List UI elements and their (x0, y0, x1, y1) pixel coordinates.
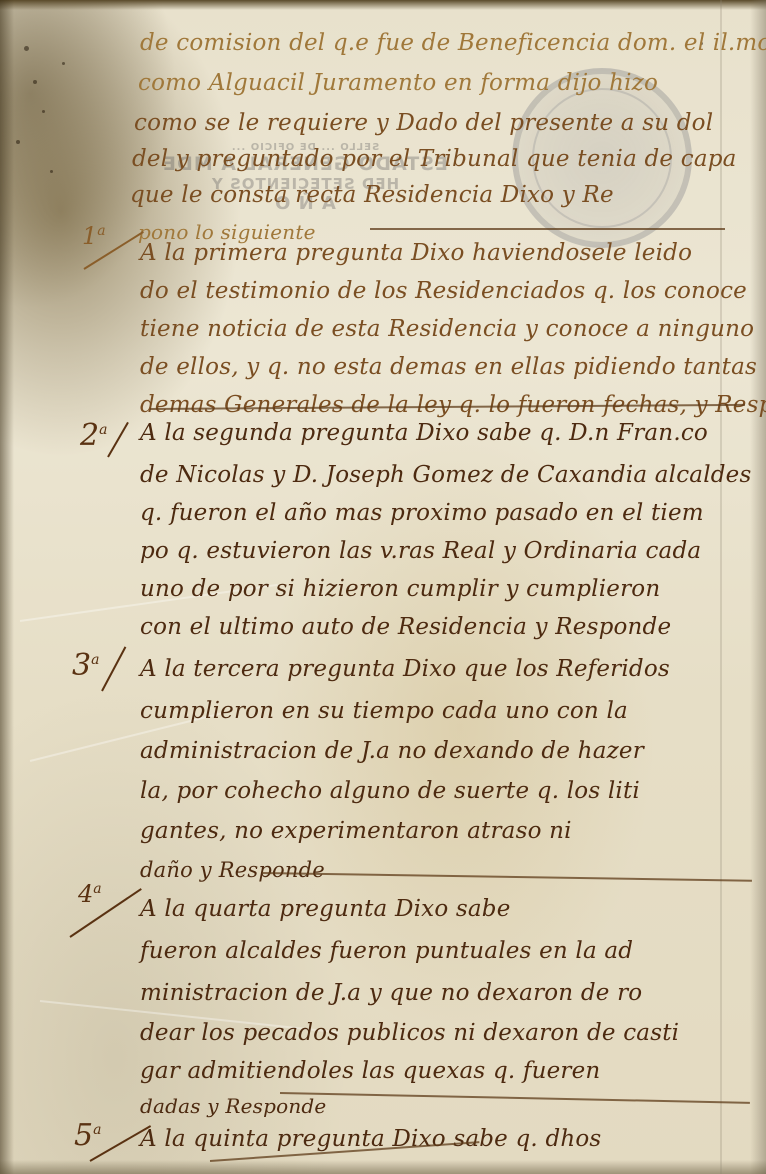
manuscript-line: dear los pecados publicos ni dexaron de … (140, 1020, 679, 1046)
question-marker-slash (107, 422, 129, 458)
manuscript-line: dadas y Responde (140, 1094, 326, 1118)
stain-spot (42, 110, 45, 113)
manuscript-line: que le consta recta Residencia Dixo y Re (130, 182, 614, 208)
question-number-3: 3a (72, 648, 99, 683)
question-number-2: 2a (80, 418, 107, 453)
paper-bottom-edge (0, 1160, 766, 1174)
paper-top-edge (0, 0, 766, 10)
manuscript-line: ministracion de J.a y que no dexaron de … (140, 980, 642, 1006)
manuscript-line: daño y Responde (140, 858, 325, 882)
manuscript-line: cumplieron en su tiempo cada uno con la (140, 698, 628, 724)
manuscript-line: tiene noticia de esta Residencia y conoc… (140, 316, 754, 342)
section-divider-line (280, 1092, 750, 1104)
stain-spot (50, 170, 53, 173)
manuscript-line: administracion de J.a no dexando de haze… (140, 738, 644, 764)
paper-right-edge (750, 0, 766, 1174)
stain-spot (33, 80, 37, 84)
manuscript-line: q. fueron el año mas proximo pasado en e… (140, 500, 704, 526)
manuscript-line: la, por cohecho alguno de suerte q. los … (140, 778, 640, 804)
manuscript-line: gantes, no experimentaron atraso ni (140, 818, 572, 844)
manuscript-line: A la tercera pregunta Dixo que los Refer… (140, 656, 670, 682)
question-marker-slash (101, 646, 126, 691)
question-number-1: 1a (82, 222, 106, 250)
question-number-5: 5a (74, 1118, 101, 1153)
manuscript-line: A la quarta pregunta Dixo sabe (140, 896, 511, 922)
paper-left-edge-stain (0, 0, 14, 1174)
manuscript-line: gar admitiendoles las quexas q. fueren (140, 1058, 600, 1084)
manuscript-line: de ellos, y q. no esta demas en ellas pi… (140, 354, 757, 380)
manuscript-line: como se le requiere y Dado del presente … (134, 110, 713, 136)
manuscript-line: de Nicolas y D. Joseph Gomez de Caxandia… (140, 462, 752, 488)
manuscript-line: A la segunda pregunta Dixo sabe q. D.n F… (140, 420, 708, 446)
manuscript-line: como Alguacil Juramento en forma dijo hi… (138, 70, 658, 96)
manuscript-line: de comision del q.e fue de Beneficencia … (140, 30, 766, 56)
stain-spot (16, 140, 20, 144)
section-divider-line (262, 872, 752, 882)
manuscript-line: A la primera pregunta Dixo haviendosele … (140, 240, 692, 266)
paper-fold-line (720, 0, 722, 1174)
manuscript-line: po q. estuvieron las v.ras Real y Ordina… (140, 538, 701, 564)
manuscript-line: con el ultimo auto de Residencia y Respo… (140, 614, 671, 640)
manuscript-line: fueron alcaldes fueron puntuales en la a… (140, 938, 633, 964)
section-divider-line (370, 228, 725, 230)
manuscript-line: del y preguntado por el Tribunal que ten… (132, 146, 737, 172)
manuscript-line: do el testimonio de los Residenciados q.… (140, 278, 747, 304)
stain-spot (24, 46, 29, 51)
manuscript-line: uno de por si hizieron cumplir y cumplie… (140, 576, 660, 602)
manuscript-page: SELLO ... DE OFICIO ... ESTADO GENERAL A… (0, 0, 766, 1174)
question-number-4: 4a (78, 880, 102, 908)
stain-spot (62, 62, 65, 65)
